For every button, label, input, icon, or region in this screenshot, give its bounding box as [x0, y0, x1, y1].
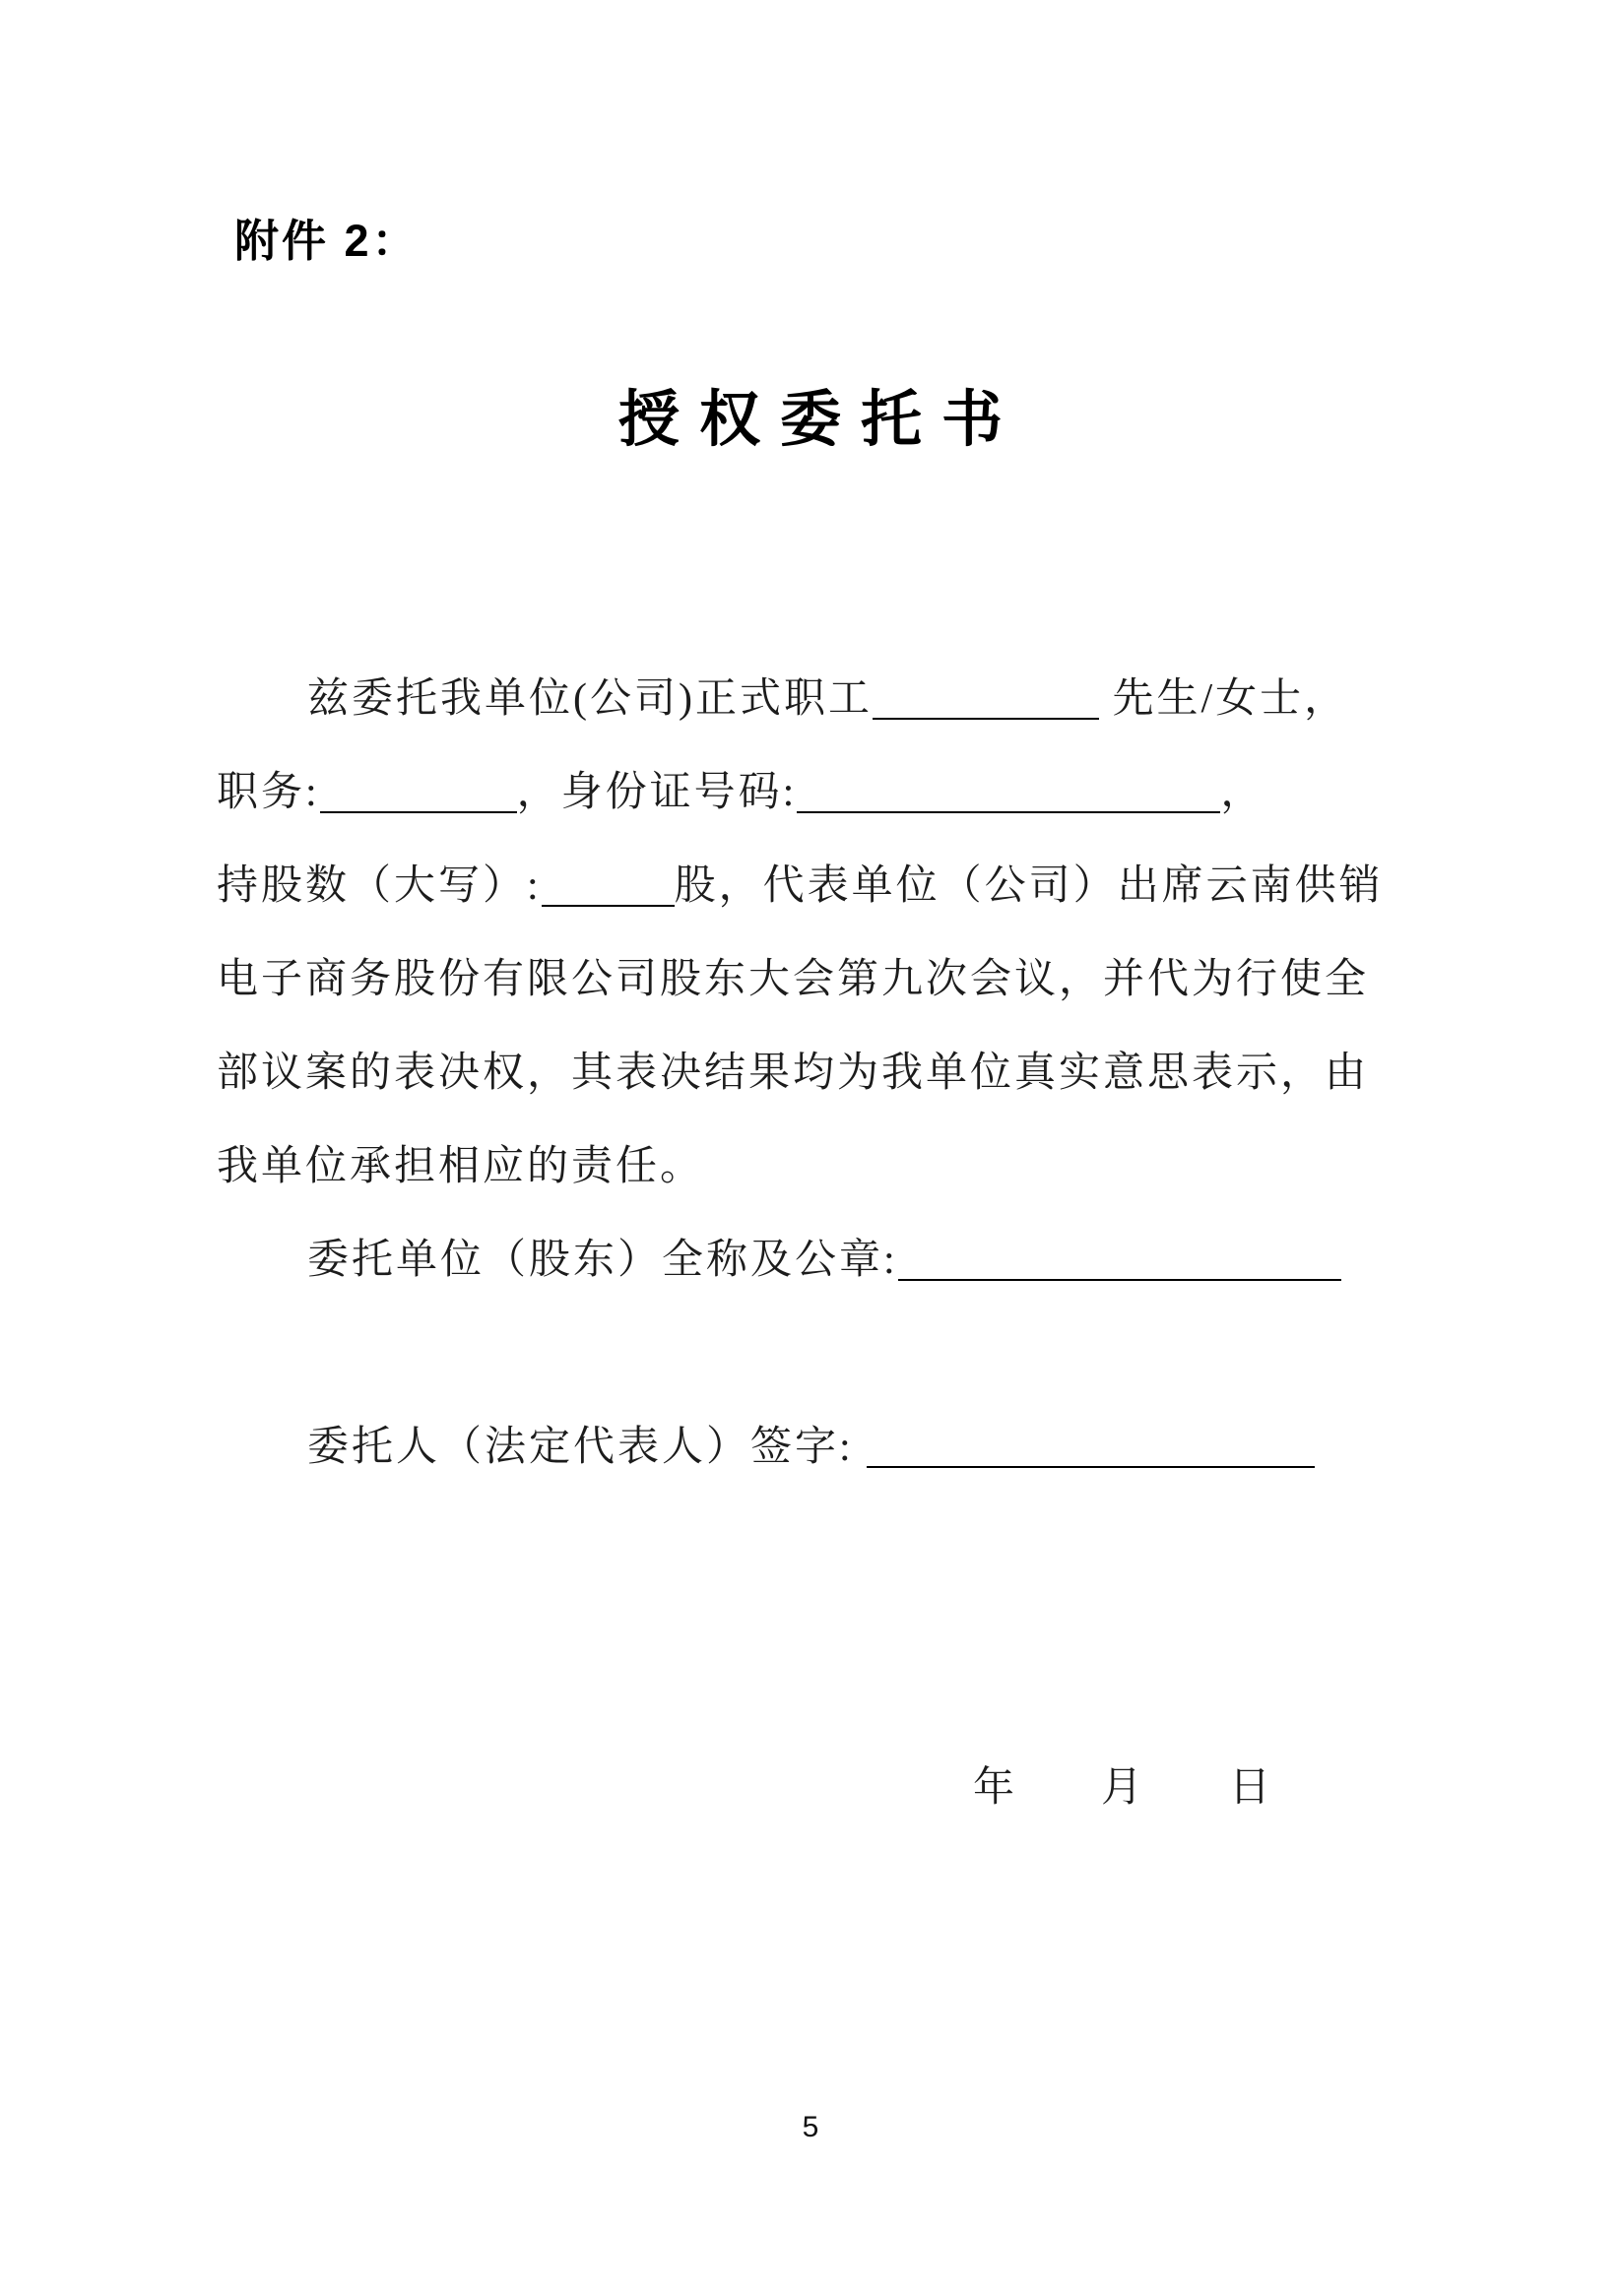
document-title: 授权委托书: [0, 370, 1621, 458]
date-day-label: 日: [1229, 1754, 1270, 1814]
document-body: 兹委托我单位(公司)正式职工 先生/女士， 职务:，身份证号码:， 持股数（大写…: [217, 653, 1420, 1495]
text-run: 持股数（大写）:: [217, 863, 542, 909]
paragraph-line-6: 我单位承担相应的责任。: [217, 1120, 1420, 1214]
blank-company-seal: [898, 1269, 1341, 1281]
date-year-label: 年: [973, 1754, 1014, 1814]
company-seal-label: 委托单位（股东）全称及公章:: [307, 1238, 898, 1283]
paragraph-line-5: 部议案的表决权，其表决结果均为我单位真实意思表示，由: [217, 1027, 1420, 1120]
attachment-label: 附件 2：: [234, 205, 420, 269]
text-run: 我单位承担相应的责任。: [217, 1144, 704, 1189]
blank-id-number: [797, 801, 1220, 813]
text-run: 股，代表单位（公司）出席云南供销: [675, 863, 1384, 909]
blank-position: [320, 801, 517, 813]
text-run: ，: [1220, 770, 1264, 815]
text-run: 先生/女士，: [1112, 676, 1348, 722]
company-seal-line: 委托单位（股东）全称及公章:: [217, 1214, 1420, 1307]
text-run: ，身份证号码:: [517, 770, 798, 815]
paragraph-line-4: 电子商务股份有限公司股东大会第九次会议，并代为行使全: [217, 933, 1420, 1027]
date-line: 年月日: [973, 1754, 1270, 1814]
paragraph-line-1: 兹委托我单位(公司)正式职工 先生/女士，: [217, 653, 1420, 746]
blank-employee-name: [873, 708, 1099, 720]
signature-label: 委托人（法定代表人）签字:: [307, 1425, 867, 1470]
text-run: 兹委托我单位(公司)正式职工: [307, 676, 873, 722]
spacer-line: [217, 1307, 1420, 1401]
text-run: 职务:: [217, 770, 320, 815]
date-month-label: 月: [1101, 1754, 1142, 1814]
paragraph-line-3: 持股数（大写）:股，代表单位（公司）出席云南供销: [217, 840, 1420, 933]
paragraph-line-2: 职务:，身份证号码:，: [217, 746, 1420, 840]
text-run: 部议案的表决权，其表决结果均为我单位真实意思表示，由: [217, 1051, 1369, 1096]
document-page: 附件 2： 授权委托书 兹委托我单位(公司)正式职工 先生/女士， 职务:，身份…: [0, 0, 1621, 2296]
blank-share-count: [542, 895, 675, 907]
text-run: 电子商务股份有限公司股东大会第九次会议，并代为行使全: [217, 957, 1369, 1002]
signature-line: 委托人（法定代表人）签字:: [217, 1401, 1420, 1495]
page-number: 5: [0, 2111, 1621, 2144]
blank-signature: [867, 1456, 1315, 1468]
